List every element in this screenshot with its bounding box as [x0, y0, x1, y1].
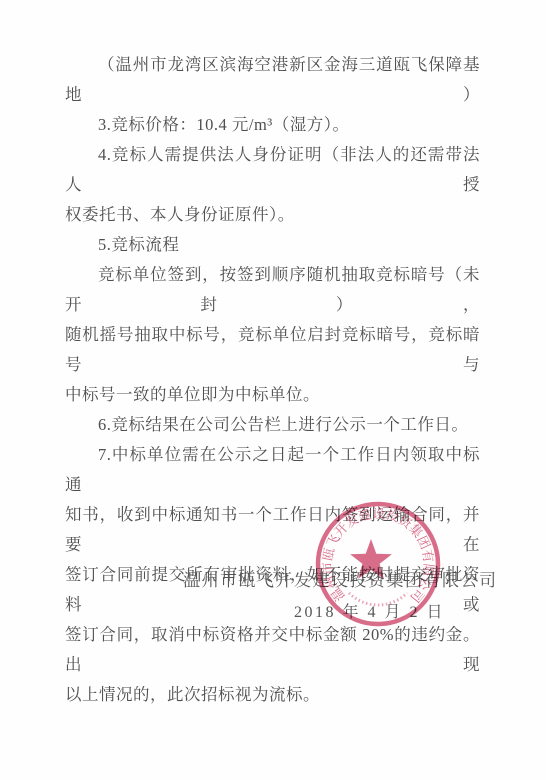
doc-line: 5.竞标流程 — [65, 230, 480, 260]
doc-line: 权委托书、本人身份证原件）。 — [65, 200, 480, 230]
doc-line: 中标号一致的单位即为中标单位。 — [65, 380, 480, 410]
doc-line: 知书，收到中标通知书一个工作日内签到运输合同，并要在 — [65, 500, 480, 560]
doc-line: 竞标单位签到，按签到顺序随机抽取竞标暗号（未开封）， — [65, 260, 480, 320]
doc-line: 3.竞标价格：10.4 元/m³（湿方）。 — [65, 110, 480, 140]
doc-line: 7.中标单位需在公示之日起一个工作日内领取中标通 — [65, 440, 480, 500]
doc-line: 随机摇号抽取中标号，竞标单位启封竞标暗号，竞标暗号与 — [65, 320, 480, 380]
doc-line: 以上情况的，此次招标视为流标。 — [65, 680, 480, 710]
doc-line: 4.竞标人需提供法人身份证明（非法人的还需带法人授 — [65, 140, 480, 200]
doc-line: 6.竞标结果在公司公告栏上进行公示一个工作日。 — [65, 410, 480, 440]
doc-line: （温州市龙湾区滨海空港新区金海三道瓯飞保障基地） — [65, 50, 480, 110]
signature-company: 温州市瓯飞开发建设投资集团有限公司 — [183, 566, 498, 591]
doc-line: 签订合同，取消中标资格并交中标金额 20%的违约金。出现 — [65, 620, 480, 680]
signature-date: 2018 年 4 月 2 日 — [294, 599, 445, 622]
document-page: （温州市龙湾区滨海空港新区金海三道瓯飞保障基地） 3.竞标价格：10.4 元/m… — [0, 0, 546, 780]
